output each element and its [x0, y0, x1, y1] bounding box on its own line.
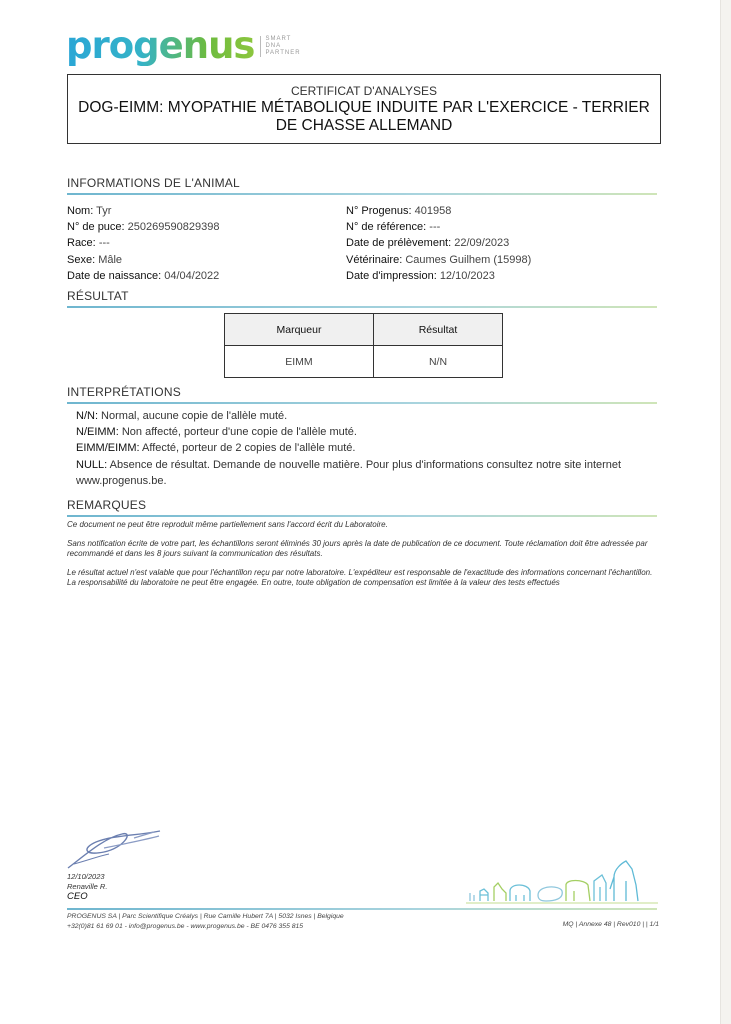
interpretation-item: N/N: Normal, aucune copie de l'allèle mu… — [76, 408, 656, 424]
info-row: Date de prélèvement: 22/09/2023 — [346, 235, 531, 251]
info-value: 12/10/2023 — [440, 270, 495, 282]
remark-paragraph: Ce document ne peut être reproduit même … — [67, 520, 662, 531]
section-heading: RÉSULTAT — [67, 289, 657, 303]
remark-paragraph: Le résultat actuel n'est valable que pou… — [67, 568, 662, 589]
section-heading: REMARQUES — [67, 498, 657, 512]
result-table: Marqueur Résultat EIMM N/N — [224, 313, 503, 378]
column-header-result: Résultat — [373, 314, 502, 346]
genotype-code: N/EIMM: — [76, 426, 119, 438]
logo-wordmark: progenus — [66, 26, 254, 66]
signature-block: 12/10/2023 Renaville R. CEO — [67, 872, 107, 902]
marker-cell: EIMM — [225, 346, 374, 378]
section-divider — [67, 402, 657, 404]
interpretations-list: N/N: Normal, aucune copie de l'allèle mu… — [76, 408, 656, 489]
footer-line-2: +32(0)81 61 69 01 - info@progenus.be - w… — [67, 922, 344, 932]
remark-paragraph: Sans notification écrite de votre part, … — [67, 539, 662, 560]
result-cell: N/N — [373, 346, 502, 378]
animal-info-left: Nom: TyrN° de puce: 250269590829398Race:… — [67, 203, 219, 284]
certificate-title-box: CERTIFICAT D'ANALYSES DOG-EIMM: MYOPATHI… — [67, 74, 661, 144]
info-label: Date d'impression: — [346, 270, 437, 282]
section-remarks: REMARQUES — [67, 498, 657, 517]
section-divider — [67, 306, 657, 308]
signature-image — [64, 826, 164, 872]
section-result: RÉSULTAT — [67, 289, 657, 308]
info-label: Vétérinaire: — [346, 254, 402, 266]
info-row: N° Progenus: 401958 — [346, 203, 531, 219]
animal-info-right: N° Progenus: 401958N° de référence: ---D… — [346, 203, 531, 284]
genotype-description: Non affecté, porteur d'une copie de l'al… — [119, 426, 357, 438]
interpretation-item: NULL: Absence de résultat. Demande de no… — [76, 457, 656, 489]
info-row: Nom: Tyr — [67, 203, 219, 219]
section-divider — [67, 193, 657, 195]
info-value: --- — [429, 221, 440, 233]
genotype-description: Normal, aucune copie de l'allèle muté. — [98, 410, 287, 422]
info-label: N° Progenus: — [346, 205, 412, 217]
info-value: Tyr — [96, 205, 111, 217]
info-label: Race: — [67, 237, 96, 249]
section-animal-info: INFORMATIONS DE L'ANIMAL — [67, 176, 657, 195]
interpretation-item: EIMM/EIMM: Affecté, porteur de 2 copies … — [76, 440, 656, 456]
animals-illustration-icon — [466, 855, 658, 905]
info-row: Date d'impression: 12/10/2023 — [346, 268, 531, 284]
info-label: Nom: — [67, 205, 93, 217]
info-value: Caumes Guilhem (15998) — [405, 254, 531, 266]
info-value: 04/04/2022 — [164, 270, 219, 282]
signature-role: CEO — [67, 892, 107, 902]
column-header-marker: Marqueur — [225, 314, 374, 346]
page-edge — [720, 0, 731, 1024]
info-label: Date de prélèvement: — [346, 237, 451, 249]
info-label: Sexe: — [67, 254, 95, 266]
genotype-code: NULL: — [76, 459, 107, 471]
info-label: N° de référence: — [346, 221, 426, 233]
footer-line-1: PROGENUS SA | Parc Scientifique Créalys … — [67, 912, 344, 922]
info-row: N° de puce: 250269590829398 — [67, 219, 219, 235]
info-value: --- — [99, 237, 110, 249]
info-value: Mâle — [98, 254, 122, 266]
genotype-description: Absence de résultat. Demande de nouvelle… — [76, 459, 621, 487]
info-label: N° de puce: — [67, 221, 125, 233]
section-heading: INTERPRÉTATIONS — [67, 385, 657, 399]
certificate-title: DOG-EIMM: MYOPATHIE MÉTABOLIQUE INDUITE … — [68, 99, 660, 135]
info-label: Date de naissance: — [67, 270, 161, 282]
info-value: 22/09/2023 — [454, 237, 509, 249]
info-value: 401958 — [415, 205, 452, 217]
section-divider — [67, 515, 657, 517]
document-reference: MQ | Annexe 48 | Rev010 | | 1/1 — [563, 921, 659, 928]
footer-divider — [67, 908, 657, 910]
signature-date: 12/10/2023 — [67, 872, 107, 882]
certificate-subtitle: CERTIFICAT D'ANALYSES — [68, 84, 660, 98]
info-value: 250269590829398 — [128, 221, 220, 233]
info-row: N° de référence: --- — [346, 219, 531, 235]
section-heading: INFORMATIONS DE L'ANIMAL — [67, 176, 657, 190]
info-row: Sexe: Mâle — [67, 252, 219, 268]
info-row: Vétérinaire: Caumes Guilhem (15998) — [346, 252, 531, 268]
table-row: EIMM N/N — [225, 346, 503, 378]
info-row: Date de naissance: 04/04/2022 — [67, 268, 219, 284]
info-row: Race: --- — [67, 235, 219, 251]
section-interpretations: INTERPRÉTATIONS — [67, 385, 657, 404]
logo-tagline: SMART DNA PARTNER — [260, 36, 300, 57]
progenus-logo: progenus SMART DNA PARTNER — [66, 26, 301, 66]
footer-address: PROGENUS SA | Parc Scientifique Créalys … — [67, 912, 344, 931]
genotype-code: N/N: — [76, 410, 98, 422]
genotype-code: EIMM/EIMM: — [76, 442, 140, 454]
interpretation-item: N/EIMM: Non affecté, porteur d'une copie… — [76, 424, 656, 440]
genotype-description: Affecté, porteur de 2 copies de l'allèle… — [140, 442, 356, 454]
remarks-text: Ce document ne peut être reproduit même … — [67, 520, 662, 597]
